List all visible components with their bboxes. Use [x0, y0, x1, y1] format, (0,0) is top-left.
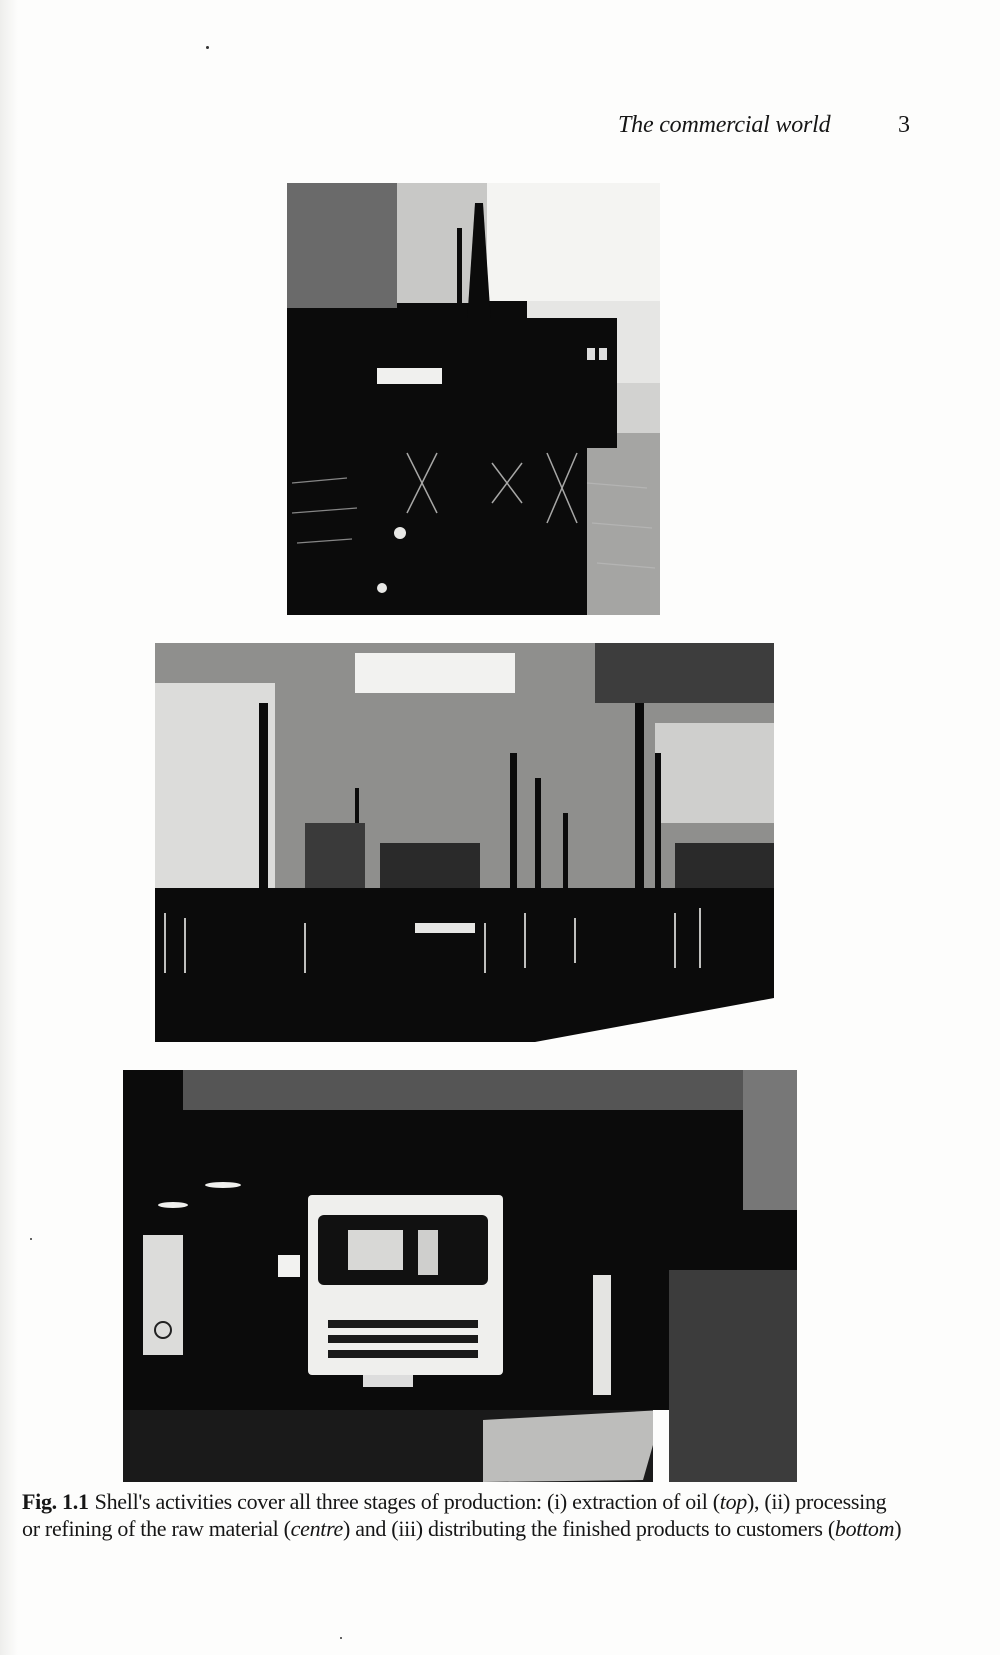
figure-photo-refinery: [155, 643, 774, 1042]
caption-text: Shell's activities cover all three stage…: [95, 1489, 720, 1514]
running-head-title: The commercial world: [618, 112, 918, 139]
caption-position-centre: centre: [291, 1516, 343, 1541]
scan-speck: [206, 46, 209, 49]
figure-photo-oil-platform: [287, 183, 660, 615]
figure-caption: Fig. 1.1Shell's activities cover all thr…: [22, 1488, 902, 1542]
figure-label: Fig. 1.1: [22, 1489, 89, 1514]
figure-photo-tanker-truck: [123, 1070, 797, 1482]
page-edge-shadow: [0, 0, 18, 1655]
scan-speck: [30, 1238, 32, 1240]
page-number: 3: [898, 112, 910, 139]
caption-position-top: top: [720, 1489, 747, 1514]
scan-speck: [340, 1637, 342, 1639]
caption-text: ) and (iii) distributing the finished pr…: [343, 1516, 835, 1541]
caption-text: ): [894, 1516, 901, 1541]
caption-position-bottom: bottom: [835, 1516, 894, 1541]
